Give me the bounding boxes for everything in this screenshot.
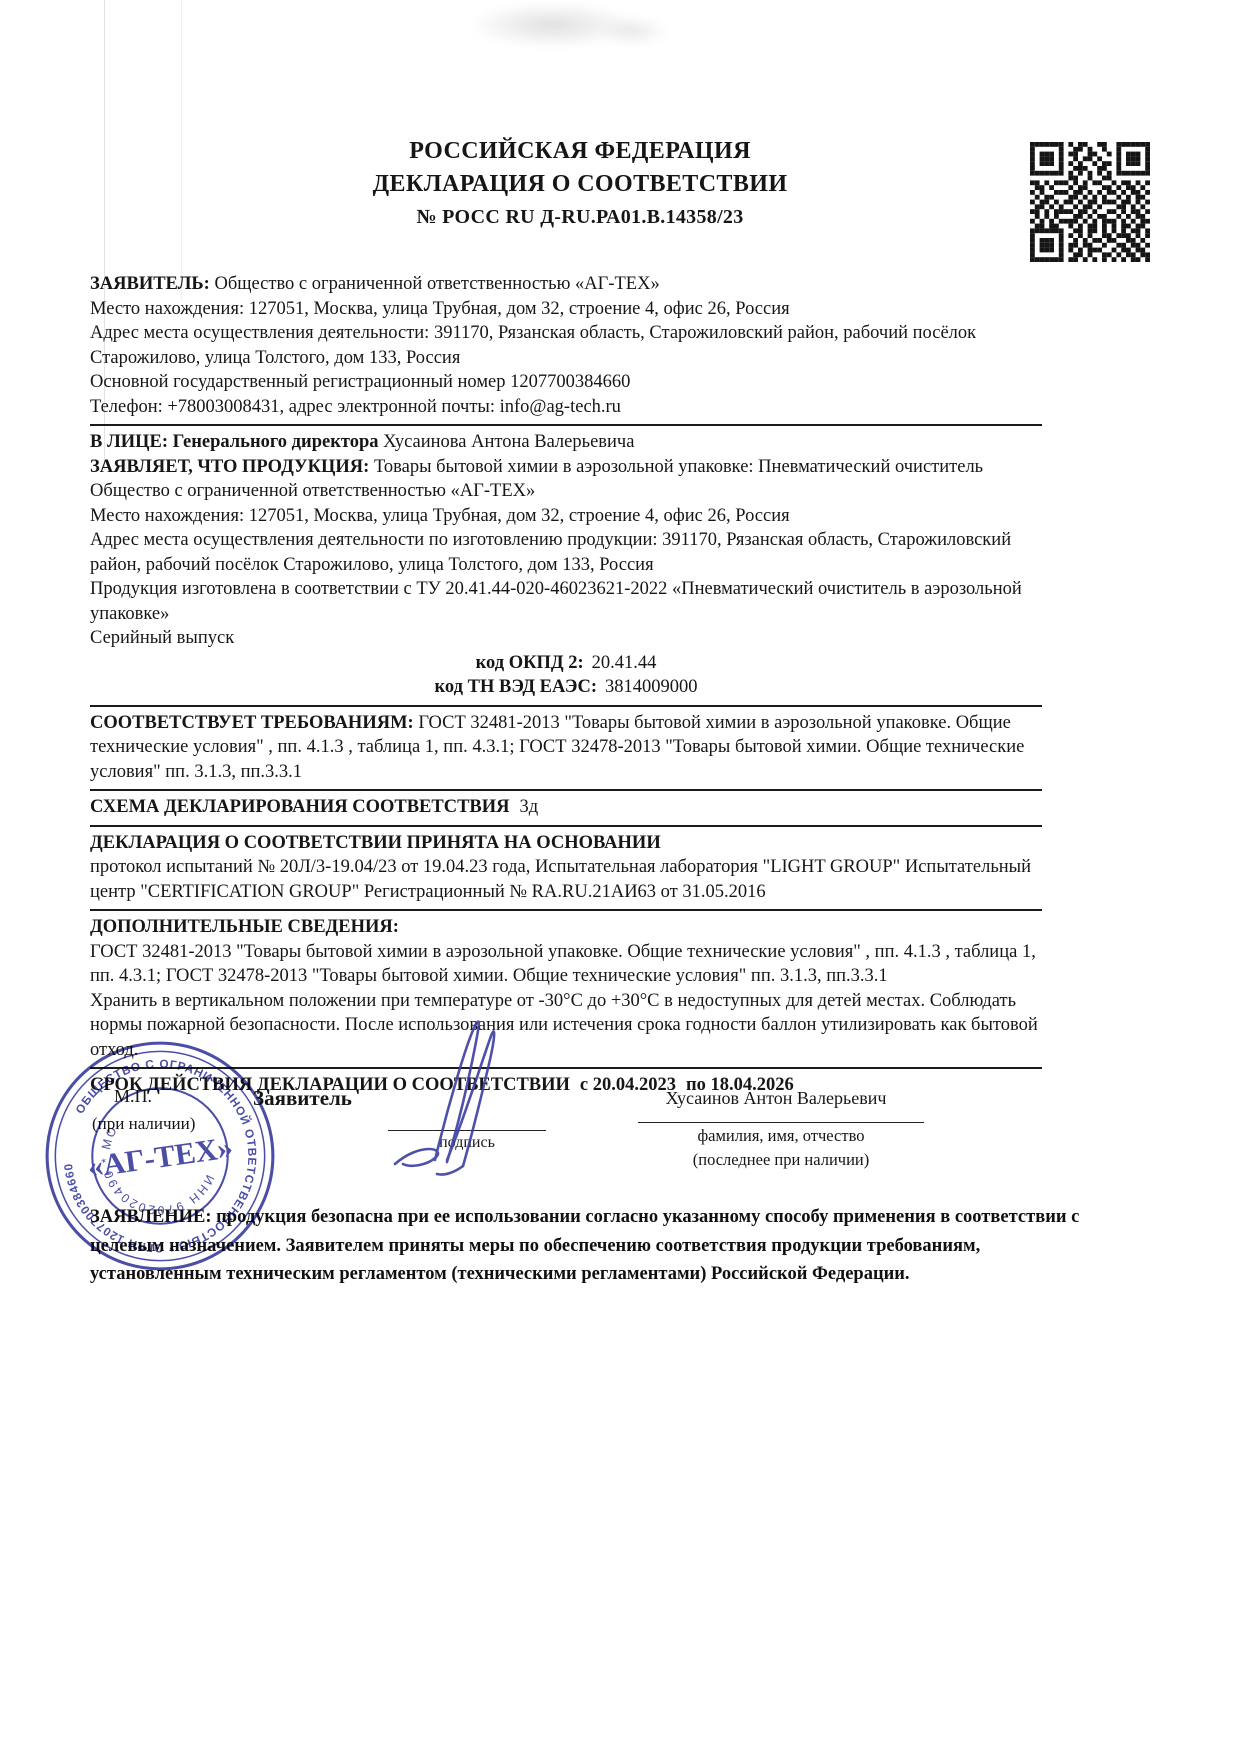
conformity-label: СООТВЕТСТВУЕТ ТРЕБОВАНИЯМ: [90, 713, 414, 733]
manufacturer-location: Место нахождения: 127051, Москва, улица … [90, 504, 1042, 529]
tnved-code-line: код ТН ВЭД ЕАЭС:3814009000 [90, 675, 1042, 700]
section-divider [90, 424, 1042, 426]
declares-label: ЗАЯВЛЯЕТ, ЧТО ПРОДУКЦИЯ: [90, 457, 369, 477]
conformity-line: СООТВЕТСТВУЕТ ТРЕБОВАНИЯМ: ГОСТ 32481-20… [90, 711, 1042, 785]
company-stamp: ОБЩЕСТВО С ОГРАНИЧЕННОЙ ОТВЕТСТВЕННОСТЬЮ… [42, 1038, 278, 1274]
serial-issue: Серийный выпуск [90, 626, 1042, 651]
production-address: Адрес места осуществления деятельности п… [90, 528, 1042, 577]
additional-gost: ГОСТ 32481-2013 "Товары бытовой химии в … [90, 940, 1042, 989]
section-divider [90, 825, 1042, 827]
country-title: РОССИЙСКАЯ ФЕДЕРАЦИЯ [235, 138, 925, 165]
additional-header: ДОПОЛНИТЕЛЬНЫЕ СВЕДЕНИЯ: [90, 915, 1042, 940]
tnved-value: 3814009000 [605, 677, 698, 697]
scheme-value: 3д [520, 797, 539, 817]
qr-code [1030, 142, 1150, 262]
applicant-value: Общество с ограниченной ответственностью… [210, 274, 660, 294]
section-divider [90, 789, 1042, 791]
name-line [638, 1122, 924, 1123]
okpd-label: код ОКПД 2: [476, 653, 584, 673]
scheme-label: СХЕМА ДЕКЛАРИРОВАНИЯ СООТВЕТСТВИЯ [90, 797, 510, 817]
applicant-label: ЗАЯВИТЕЛЬ: [90, 274, 210, 294]
in-person-name: Хусаинова Антона Валерьевича [379, 432, 635, 452]
applicant-location: Место нахождения: 127051, Москва, улица … [90, 297, 1042, 322]
okpd-code-line: код ОКПД 2:20.41.44 [90, 651, 1042, 676]
declares-product: Товары бытовой химии в аэрозольной упако… [369, 457, 983, 477]
okpd-value: 20.41.44 [592, 653, 657, 673]
name-caption-note: (последнее при наличии) [638, 1150, 924, 1170]
basis-header: ДЕКЛАРАЦИЯ О СООТВЕТСТВИИ ПРИНЯТА НА ОСН… [90, 831, 1042, 856]
tnved-label: код ТН ВЭД ЕАЭС: [435, 677, 597, 697]
signature [375, 1010, 585, 1180]
applicant-ogrn: Основной государственный регистрационный… [90, 370, 1042, 395]
applicant-activity-address: Адрес места осуществления деятельности: … [90, 321, 1042, 370]
made-to-spec: Продукция изготовлена в соответствии с Т… [90, 577, 1042, 626]
signer-name: Хусаинов Антон Валерьевич [638, 1088, 914, 1109]
document-body: ЗАЯВИТЕЛЬ: Общество с ограниченной ответ… [90, 272, 1042, 1098]
manufacturer-line: Общество с ограниченной ответственностью… [90, 479, 1042, 504]
name-caption: фамилия, имя, отчество [638, 1126, 924, 1146]
scan-smudge [598, 16, 668, 46]
declaration-number: № РОСС RU Д-RU.РА01.В.14358/23 [235, 206, 925, 229]
document-title: ДЕКЛАРАЦИЯ О СООТВЕТСТВИИ [235, 171, 925, 198]
document-header: РОССИЙСКАЯ ФЕДЕРАЦИЯ ДЕКЛАРАЦИЯ О СООТВЕ… [235, 138, 925, 229]
section-divider [90, 909, 1042, 911]
in-person-label: В ЛИЦЕ: [90, 432, 168, 452]
declaration-document: РОССИЙСКАЯ ФЕДЕРАЦИЯ ДЕКЛАРАЦИЯ О СООТВЕ… [0, 0, 1240, 1754]
scheme-line: СХЕМА ДЕКЛАРИРОВАНИЯ СООТВЕТСТВИЯ3д [90, 795, 1042, 820]
basis-value: протокол испытаний № 20Л/3-19.04/23 от 1… [90, 855, 1042, 904]
scan-artifact-line [181, 0, 182, 300]
section-divider [90, 705, 1042, 707]
in-person-line: В ЛИЦЕ: Генерального директора Хусаинова… [90, 430, 1042, 455]
declares-line: ЗАЯВЛЯЕТ, ЧТО ПРОДУКЦИЯ: Товары бытовой … [90, 455, 1042, 480]
applicant-line: ЗАЯВИТЕЛЬ: Общество с ограниченной ответ… [90, 272, 1042, 297]
in-person-position: Генерального директора [168, 432, 378, 452]
applicant-contacts: Телефон: +78003008431, адрес электронной… [90, 395, 1042, 420]
